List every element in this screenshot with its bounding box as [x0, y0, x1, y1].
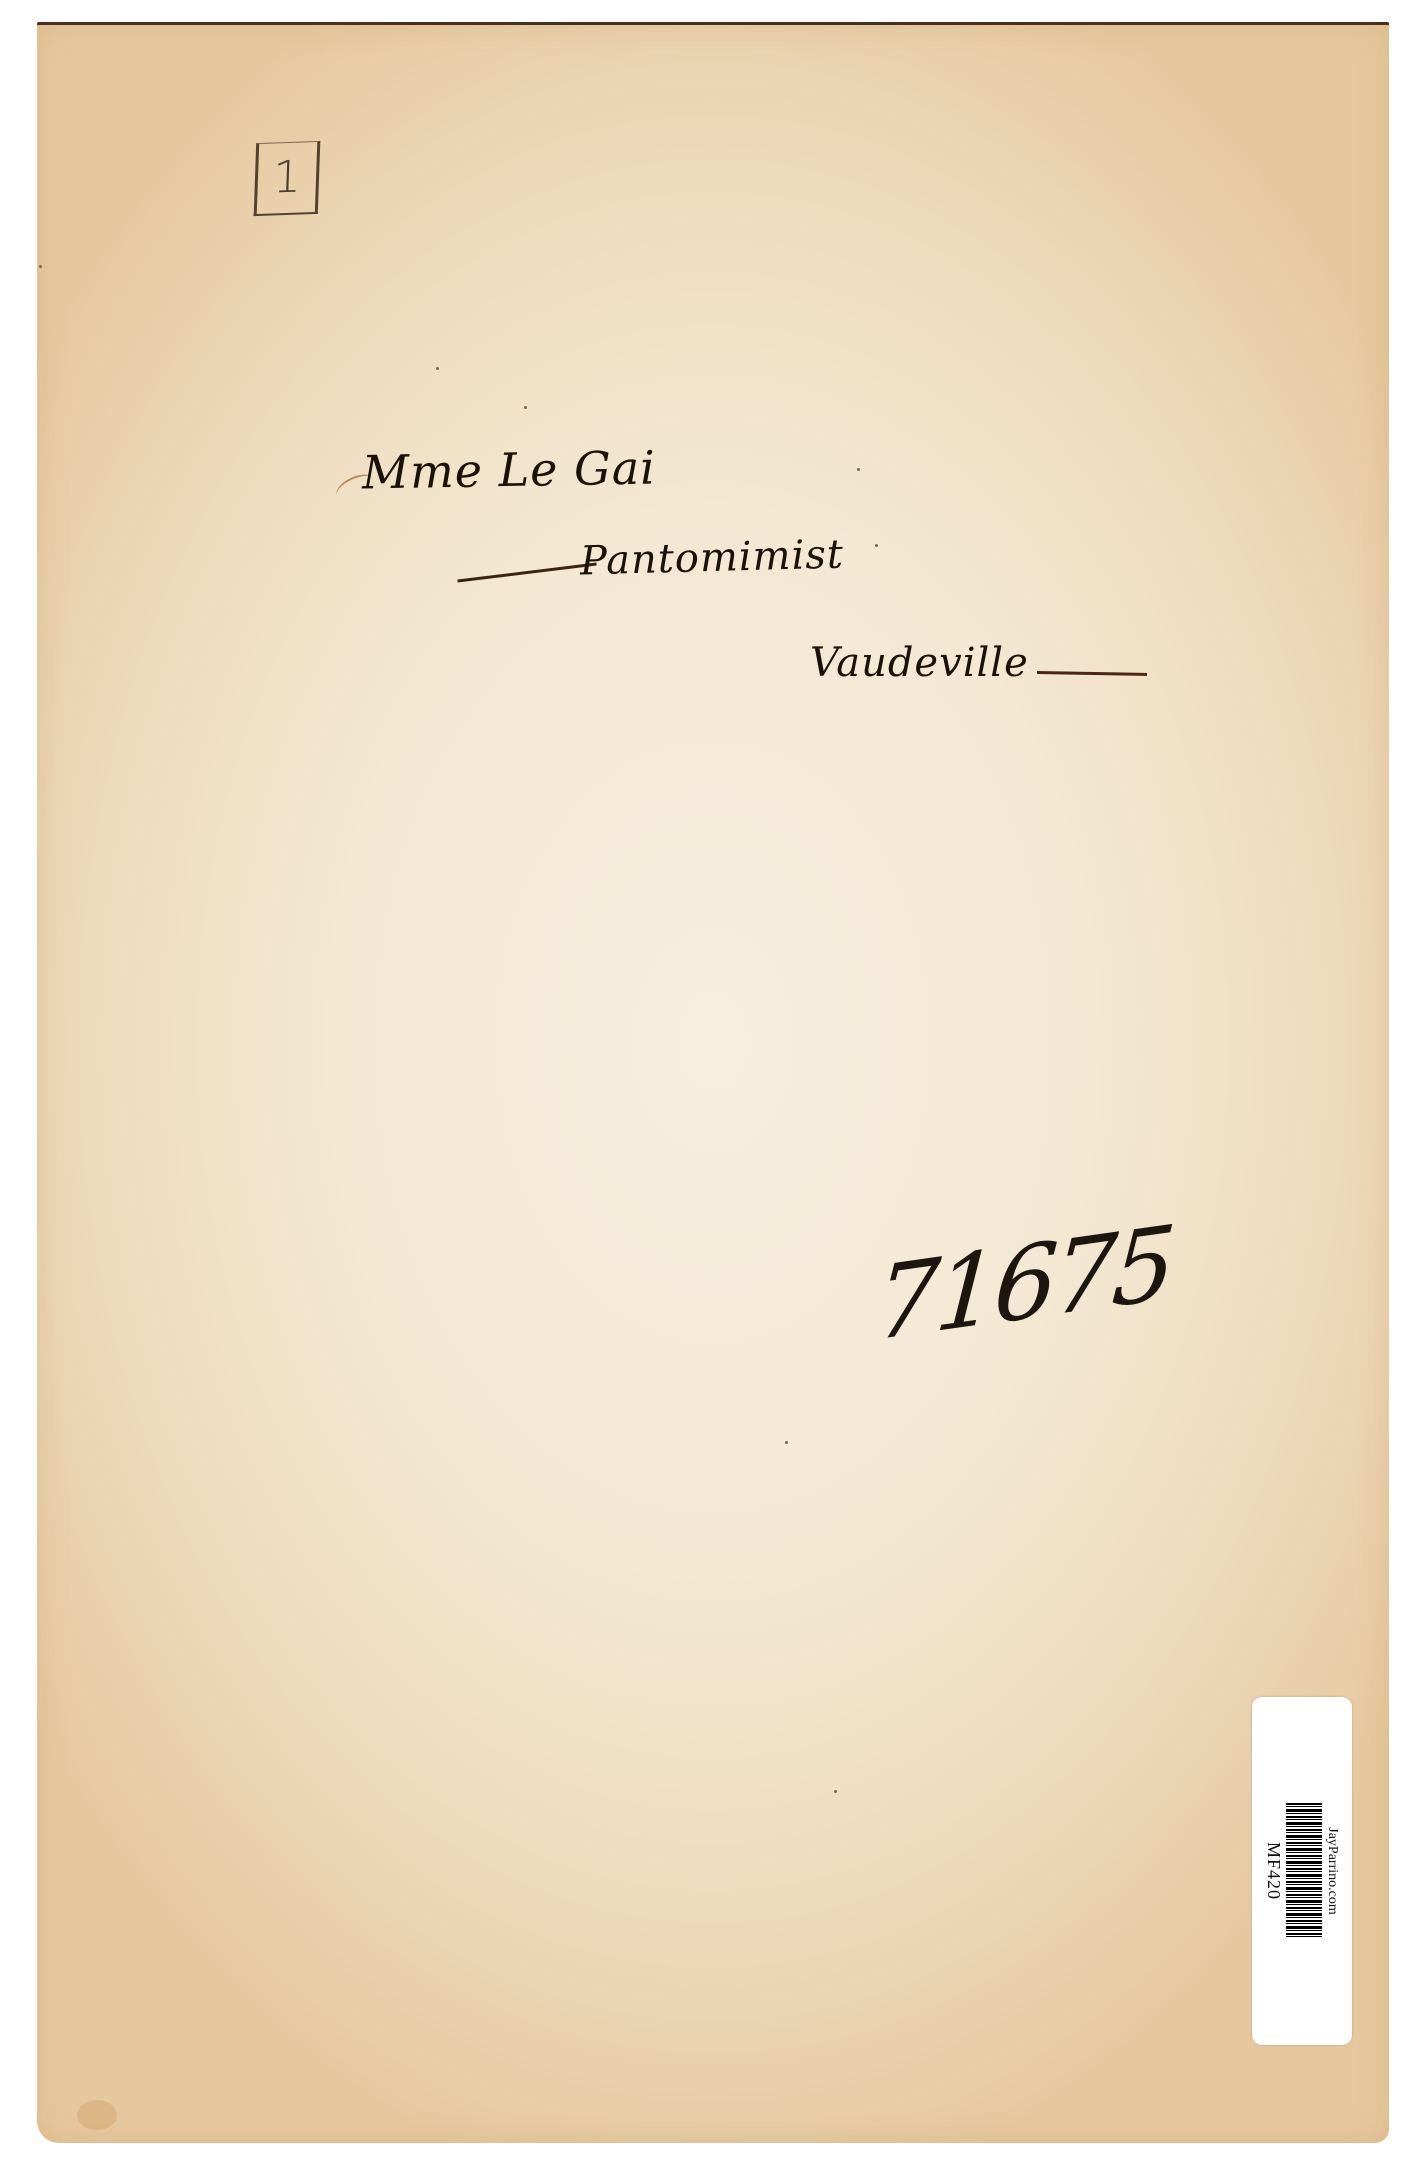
barcode-icon: [1286, 1803, 1322, 1939]
paper-speck: [524, 406, 527, 409]
paper-speck: [857, 468, 860, 471]
inventory-sticker: JayParrino.com MF420: [1252, 1697, 1352, 2045]
handwritten-catalog-number: 71675: [872, 1203, 1176, 1364]
pencil-boxed-number: 1: [254, 141, 321, 216]
sticker-sku-text: MF420: [1264, 1842, 1284, 1900]
sticker-content: JayParrino.com MF420: [1262, 1801, 1342, 1941]
occupation-dash-stroke: [457, 562, 596, 582]
document-sheet: 1 Mme Le Gai Pantomimist Vaudeville 7167…: [37, 22, 1389, 2143]
paper-speck: [785, 1441, 788, 1444]
handwritten-occupation: Pantomimist: [579, 532, 844, 585]
venue-tail-stroke: [1037, 671, 1147, 676]
sticker-site-text: JayParrino.com: [1324, 1827, 1340, 1914]
handwritten-venue: Vaudeville: [810, 640, 1029, 686]
handwritten-name: Mme Le Gai: [362, 440, 657, 499]
paper-speck: [436, 367, 439, 370]
paper-speck: [875, 544, 878, 547]
paper-speck: [834, 1790, 837, 1793]
paper-stain: [77, 2100, 117, 2130]
paper-speck: [39, 265, 42, 268]
